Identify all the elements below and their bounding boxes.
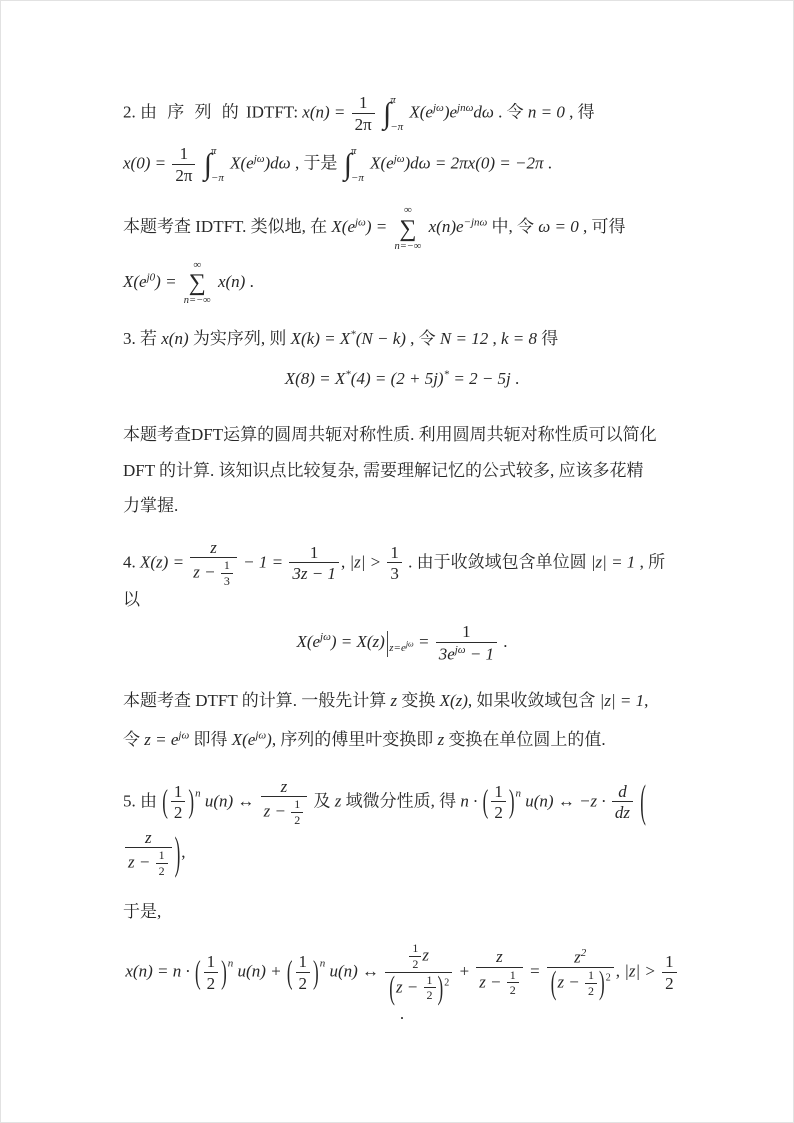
superscript: 2 bbox=[581, 947, 587, 959]
math-run: ) = bbox=[155, 272, 176, 291]
math-run: z = e bbox=[144, 730, 178, 749]
frac-den: z − 12 bbox=[125, 847, 172, 879]
big-right-paren: ) bbox=[188, 782, 194, 822]
cjk-text: 令 bbox=[123, 730, 140, 749]
math-run: x(n) = bbox=[302, 102, 345, 121]
frac-den: 3z − 1 bbox=[289, 562, 339, 584]
frac-num: z bbox=[476, 947, 523, 967]
math-run: − 1 = bbox=[243, 552, 283, 571]
math-run: |z| > bbox=[349, 552, 381, 571]
cjk-text: , 得 bbox=[569, 102, 595, 121]
frac-den: 2 bbox=[491, 801, 506, 823]
math-run: ) = X(z) bbox=[331, 632, 385, 651]
frac-num: 1 bbox=[409, 942, 421, 956]
note-3-line-2: DFT 的计算. 该知识点比较复杂, 需要理解记忆的公式较多, 应该多花精 bbox=[123, 453, 681, 489]
problem-2-number: 2. bbox=[123, 102, 136, 121]
fraction: zz − 12 bbox=[261, 777, 308, 828]
cjk-text: . bbox=[548, 154, 552, 173]
note-3-line-3: 力掌握. bbox=[123, 488, 681, 524]
note-2-line-1: 本题考查 IDTFT. 类似地, 在 X(ejω) = ∞∑n=−∞ x(n)e… bbox=[123, 205, 681, 252]
integral: ∫π−π bbox=[204, 146, 224, 184]
integral-lower: −π bbox=[390, 122, 403, 133]
frac-num: 1 bbox=[387, 543, 402, 563]
frac-den: 2 bbox=[204, 972, 219, 994]
frac-num: z bbox=[261, 777, 308, 797]
frac-den: 2π bbox=[352, 113, 375, 135]
sum-symbol: ∑ bbox=[189, 271, 206, 295]
math-run: (N − k) bbox=[356, 329, 406, 348]
frac-den: z − 12 bbox=[261, 796, 308, 828]
math-run: − 1 bbox=[470, 644, 494, 663]
math-run: u(n) bbox=[525, 791, 553, 810]
math-run: X(e bbox=[296, 632, 320, 651]
fraction: 13 bbox=[387, 543, 402, 584]
cjk-text: 及 bbox=[314, 791, 331, 810]
frac-den: 2 bbox=[296, 972, 311, 994]
math-run: X(z) = bbox=[140, 552, 184, 571]
sum-upper: ∞ bbox=[404, 205, 412, 217]
math-run: )e bbox=[444, 102, 457, 121]
integral: ∫π−π bbox=[383, 95, 403, 133]
cjk-text: 为实序列, 则 bbox=[193, 329, 287, 348]
problem-3-number: 3. bbox=[123, 329, 136, 348]
superscript: jnω bbox=[457, 102, 473, 114]
frac-den: 3 bbox=[221, 573, 233, 589]
nested-fraction: 12 bbox=[585, 969, 597, 999]
sub-text: z=e bbox=[389, 642, 406, 654]
integral-limits: π−π bbox=[390, 95, 403, 133]
cjk-text: 本题考查 IDTFT. 类似地, 在 bbox=[123, 217, 327, 236]
problem-4-number: 4. bbox=[123, 552, 136, 571]
comma: , bbox=[181, 842, 185, 861]
big-left-paren: ( bbox=[162, 782, 168, 822]
sum-lower: n=−∞ bbox=[394, 241, 421, 252]
power-exponent: n bbox=[320, 958, 326, 970]
period: . bbox=[503, 632, 507, 651]
maps-to-arrow: ↔ bbox=[237, 791, 254, 810]
fraction: 13z − 1 bbox=[289, 543, 339, 584]
fraction: z2(z − 12)2 bbox=[547, 947, 614, 999]
frac-den: z − 13 bbox=[190, 557, 237, 589]
cjk-text: . 由于收敛域包含单位圆 bbox=[408, 552, 587, 571]
math-run: z bbox=[422, 946, 429, 965]
power-exponent: n bbox=[515, 787, 521, 799]
math-run: ω = 0 bbox=[538, 217, 578, 236]
math-run: X(k) = X bbox=[291, 329, 351, 348]
cjk-text: 变换在单位圆上的值. bbox=[448, 730, 605, 749]
math-run: n · bbox=[460, 791, 477, 810]
frac-num: 1 bbox=[507, 969, 519, 983]
math-run: z bbox=[390, 691, 397, 710]
frac-num: 1 bbox=[291, 798, 303, 812]
math-run: x(n)e bbox=[429, 217, 464, 236]
note-3-paragraph: 本题考查DFT运算的圆周共轭对称性质. 利用圆周共轭对称性质可以简化 DFT 的… bbox=[123, 417, 681, 524]
cjk-text: 若 bbox=[140, 329, 157, 348]
big-right-paren: ) bbox=[509, 782, 515, 822]
integral-upper: π bbox=[390, 95, 403, 106]
integral-limits: π−π bbox=[351, 146, 364, 184]
fraction: 13ejω − 1 bbox=[436, 622, 497, 664]
fraction: zz − 13 bbox=[190, 538, 237, 589]
integral: ∫π−π bbox=[344, 146, 364, 184]
note-3-line-1: 本题考查DFT运算的圆周共轭对称性质. 利用圆周共轭对称性质可以简化 bbox=[123, 417, 681, 453]
math-run: x(n) bbox=[218, 272, 245, 291]
big-left-paren: ( bbox=[389, 970, 395, 1007]
cjk-text: 域微分性质, 得 bbox=[346, 791, 457, 810]
math-run: z − bbox=[479, 972, 501, 991]
math-run: |z| = 1 bbox=[591, 552, 635, 571]
problem-5-connector: 于是, bbox=[123, 901, 681, 922]
math-run: |z| > bbox=[624, 962, 656, 981]
cjk-text: DFT 的计算. 该知识点比较复杂, 需要理解记忆的公式较多, 应该多花精 bbox=[123, 461, 644, 480]
superscript: jω bbox=[355, 217, 366, 229]
math-run: z − bbox=[264, 802, 286, 821]
summation: ∞∑n=−∞ bbox=[394, 205, 421, 252]
math-run: z − bbox=[193, 563, 215, 582]
math-run: dω bbox=[473, 102, 494, 121]
fraction: 12 bbox=[171, 782, 186, 823]
math-run: X(e bbox=[370, 154, 394, 173]
frac-num: 1 bbox=[172, 144, 195, 164]
math-run: X(z) bbox=[440, 691, 468, 710]
math-run: X(e bbox=[123, 272, 147, 291]
math-run: n = 0 bbox=[528, 102, 565, 121]
problem-5-line-1: 5. 由 (12)n u(n) ↔ zz − 12 及 z 域微分性质, 得 n… bbox=[123, 777, 681, 879]
math-run: −z · bbox=[579, 791, 606, 810]
note-4-line-1: 本题考查 DTFT 的计算. 一般先计算 z 变换 X(z), 如果收敛域包含 … bbox=[123, 690, 681, 711]
idtft-label: IDTFT: bbox=[246, 102, 298, 121]
math-run: X(e bbox=[230, 154, 254, 173]
integral-upper: π bbox=[211, 146, 224, 157]
math-run: x(n) = n · bbox=[125, 962, 189, 981]
integral-lower: −π bbox=[351, 173, 364, 184]
fraction: 12 bbox=[296, 952, 311, 993]
cjk-text: 中, 令 bbox=[492, 217, 535, 236]
math-run: = bbox=[529, 962, 540, 981]
big-right-paren: ) bbox=[221, 952, 227, 992]
frac-den: 2 bbox=[507, 982, 519, 998]
cjk-text: 即得 bbox=[193, 730, 227, 749]
nested-fraction: 12 bbox=[291, 798, 303, 828]
math-run: X(e bbox=[331, 217, 355, 236]
cjk-text: 变换 bbox=[401, 691, 435, 710]
nested-fraction: 13 bbox=[221, 559, 233, 589]
frac-num: 1 bbox=[156, 849, 168, 863]
math-run: = bbox=[418, 632, 429, 651]
fraction: zz − 12 bbox=[125, 828, 172, 879]
math-run: z − bbox=[396, 977, 418, 996]
period: . bbox=[515, 369, 519, 388]
maps-to-arrow: ↔ bbox=[558, 791, 575, 810]
nested-fraction: 12 bbox=[507, 969, 519, 999]
superscript: jω bbox=[455, 644, 466, 656]
cjk-text: 由 bbox=[140, 791, 157, 810]
superscript: jω bbox=[255, 730, 266, 742]
math-run: = 2 − 5j bbox=[453, 369, 510, 388]
frac-den: dz bbox=[612, 801, 633, 823]
period: . bbox=[400, 1004, 404, 1023]
sub-superscript: jω bbox=[406, 640, 414, 649]
fraction: 12 bbox=[204, 952, 219, 993]
sum-symbol: ∑ bbox=[399, 217, 416, 241]
math-run: |z| = 1 bbox=[600, 691, 644, 710]
integral-limits: π−π bbox=[211, 146, 224, 184]
superscript: jω bbox=[254, 153, 265, 165]
cjk-text: , 可得 bbox=[583, 217, 626, 236]
fraction: 12 bbox=[491, 782, 506, 823]
problem-4-line-1: 4. X(z) = zz − 13 − 1 = 13z − 1, |z| > 1… bbox=[123, 538, 681, 610]
big-right-paren: ) bbox=[313, 952, 319, 992]
problem-3-equation: X(8) = X*(4) = (2 + 5j)* = 2 − 5j . bbox=[123, 368, 681, 389]
integral-lower: −π bbox=[211, 173, 224, 184]
superscript: jω bbox=[394, 153, 405, 165]
cjk-text: , 如果收敛域包含 bbox=[468, 691, 596, 710]
problem-5-number: 5. bbox=[123, 791, 136, 810]
problem-5-equation: x(n) = n · (12)n u(n) + (12)n u(n) ↔ 12z… bbox=[123, 942, 681, 1024]
big-left-paren: ( bbox=[640, 773, 646, 830]
nested-fraction: 12 bbox=[424, 974, 436, 1004]
fraction: 12z(z − 12)2 bbox=[385, 942, 452, 1003]
frac-num: z2 bbox=[547, 947, 614, 967]
fraction: 12 bbox=[662, 952, 677, 993]
fraction: zz − 12 bbox=[476, 947, 523, 998]
frac-den: 2π bbox=[172, 164, 195, 186]
fraction: 12π bbox=[172, 144, 195, 185]
big-left-paren: ( bbox=[287, 952, 293, 992]
power-exponent: n bbox=[195, 787, 201, 799]
power-exponent: 2 bbox=[606, 973, 611, 984]
note-2-line-2: X(ej0) = ∞∑n=−∞ x(n) . bbox=[123, 260, 681, 307]
math-run: )dω = 2πx(0) = −2π bbox=[405, 154, 544, 173]
math-run: X(e bbox=[409, 102, 433, 121]
summation: ∞∑n=−∞ bbox=[184, 260, 211, 307]
integral-upper: π bbox=[351, 146, 364, 157]
frac-den: 2 bbox=[585, 983, 597, 999]
cjk-text: 力掌握. bbox=[123, 496, 178, 515]
frac-num: 12z bbox=[385, 942, 452, 972]
frac-num: 1 bbox=[289, 543, 339, 563]
power-exponent: 2 bbox=[444, 977, 449, 988]
comma: , bbox=[616, 962, 620, 981]
frac-num: 1 bbox=[204, 952, 219, 972]
math-run: (4) = (2 + 5j) bbox=[351, 369, 444, 388]
superscript: * bbox=[444, 368, 450, 380]
math-run: X(8) = X bbox=[285, 369, 346, 388]
math-run: X(e bbox=[232, 730, 256, 749]
math-run: + bbox=[458, 962, 469, 981]
power-exponent: n bbox=[228, 958, 234, 970]
cjk-text: , bbox=[492, 329, 496, 348]
cjk-text: 本题考查DFT运算的圆周共轭对称性质. 利用圆周共轭对称性质可以简化 bbox=[123, 425, 657, 444]
frac-num: 1 bbox=[436, 622, 497, 642]
cjk-text: , 令 bbox=[410, 329, 436, 348]
subscript: z=ejω bbox=[389, 642, 413, 654]
math-run: N = 12 bbox=[440, 329, 488, 348]
sum-lower: n=−∞ bbox=[184, 295, 211, 306]
cjk-text: , 序列的傅里叶变换即 bbox=[272, 730, 434, 749]
frac-den: 2 bbox=[171, 801, 186, 823]
maps-to-arrow: ↔ bbox=[362, 962, 379, 981]
nested-fraction: 12 bbox=[156, 849, 168, 879]
math-run: x(0) = bbox=[123, 154, 166, 173]
frac-den: (z − 12)2 bbox=[385, 972, 452, 1004]
problem-2-line-2: x(0) = 12π ∫π−π X(ejω)dω , 于是 ∫π−π X(ejω… bbox=[123, 144, 681, 185]
frac-den: 2 bbox=[156, 863, 168, 879]
frac-den: 2 bbox=[662, 972, 677, 994]
frac-den: 2 bbox=[424, 987, 436, 1003]
superscript: jω bbox=[320, 631, 331, 643]
superscript: jω bbox=[433, 102, 444, 114]
math-run: ) = bbox=[366, 217, 387, 236]
big-left-paren: ( bbox=[551, 965, 557, 1002]
math-run: 3e bbox=[439, 644, 455, 663]
frac-den: 2 bbox=[291, 812, 303, 828]
math-run: u(n) + bbox=[238, 962, 282, 981]
frac-num: 1 bbox=[424, 974, 436, 988]
note-4-line-2: 令 z = ejω 即得 X(ejω), 序列的傅里叶变换即 z 变换在单位圆上… bbox=[123, 729, 681, 750]
frac-den: 3ejω − 1 bbox=[436, 642, 497, 664]
document-page: 2. 由 序 列 的 IDTFT: x(n) = 12π ∫π−π X(ejω)… bbox=[0, 0, 794, 1123]
frac-num: 1 bbox=[585, 969, 597, 983]
problem-2-intro-text: 由 序 列 的 bbox=[140, 102, 242, 121]
big-right-paren: ) bbox=[599, 965, 605, 1002]
math-run: k = 8 bbox=[501, 329, 537, 348]
fraction: ddz bbox=[612, 782, 633, 823]
big-right-paren: ) bbox=[175, 825, 181, 882]
frac-den: z − 12 bbox=[476, 967, 523, 999]
comma: , bbox=[644, 691, 648, 710]
big-left-paren: ( bbox=[483, 782, 489, 822]
frac-num: 1 bbox=[221, 559, 233, 573]
problem-2-line-1: 2. 由 序 列 的 IDTFT: x(n) = 12π ∫π−π X(ejω)… bbox=[123, 93, 681, 134]
math-run: x(n) bbox=[161, 329, 188, 348]
big-right-paren: ) bbox=[438, 970, 444, 1007]
superscript: jω bbox=[178, 730, 189, 742]
math-run: z − bbox=[128, 853, 150, 872]
frac-num: 1 bbox=[662, 952, 677, 972]
math-run: z bbox=[438, 730, 445, 749]
math-run: z bbox=[335, 791, 342, 810]
frac-num: 1 bbox=[296, 952, 311, 972]
cjk-text: 得 bbox=[541, 329, 558, 348]
frac-den: (z − 12)2 bbox=[547, 967, 614, 999]
problem-3-line-1: 3. 若 x(n) 为实序列, 则 X(k) = X*(N − k) , 令 N… bbox=[123, 328, 681, 349]
cjk-text: 本题考查 DTFT 的计算. 一般先计算 bbox=[123, 691, 386, 710]
superscript: −jnω bbox=[464, 217, 488, 229]
superscript: j0 bbox=[147, 271, 156, 283]
fraction: 12π bbox=[352, 93, 375, 134]
math-run: z − bbox=[557, 973, 579, 992]
cjk-text: . 令 bbox=[498, 102, 524, 121]
big-left-paren: ( bbox=[195, 952, 201, 992]
problem-4-equation: X(ejω) = X(z)|z=ejω = 13ejω − 1 . bbox=[123, 622, 681, 664]
cjk-text: 于是, bbox=[123, 902, 161, 921]
frac-den: 2 bbox=[409, 956, 421, 972]
nested-fraction: 12 bbox=[409, 942, 421, 972]
frac-num: z bbox=[125, 828, 172, 848]
frac-den: 3 bbox=[387, 562, 402, 584]
frac-num: z bbox=[190, 538, 237, 558]
math-run: u(n) bbox=[329, 962, 357, 981]
math-run: z bbox=[574, 947, 581, 966]
cjk-text: , 于是 bbox=[295, 154, 338, 173]
frac-num: 1 bbox=[491, 782, 506, 802]
math-run: )dω bbox=[265, 154, 291, 173]
cjk-text: . bbox=[250, 272, 254, 291]
eval-bar: | bbox=[386, 624, 389, 660]
math-run: u(n) bbox=[205, 791, 233, 810]
frac-num: 1 bbox=[352, 93, 375, 113]
comma: , bbox=[341, 552, 345, 571]
frac-num: 1 bbox=[171, 782, 186, 802]
frac-num: d bbox=[612, 782, 633, 802]
